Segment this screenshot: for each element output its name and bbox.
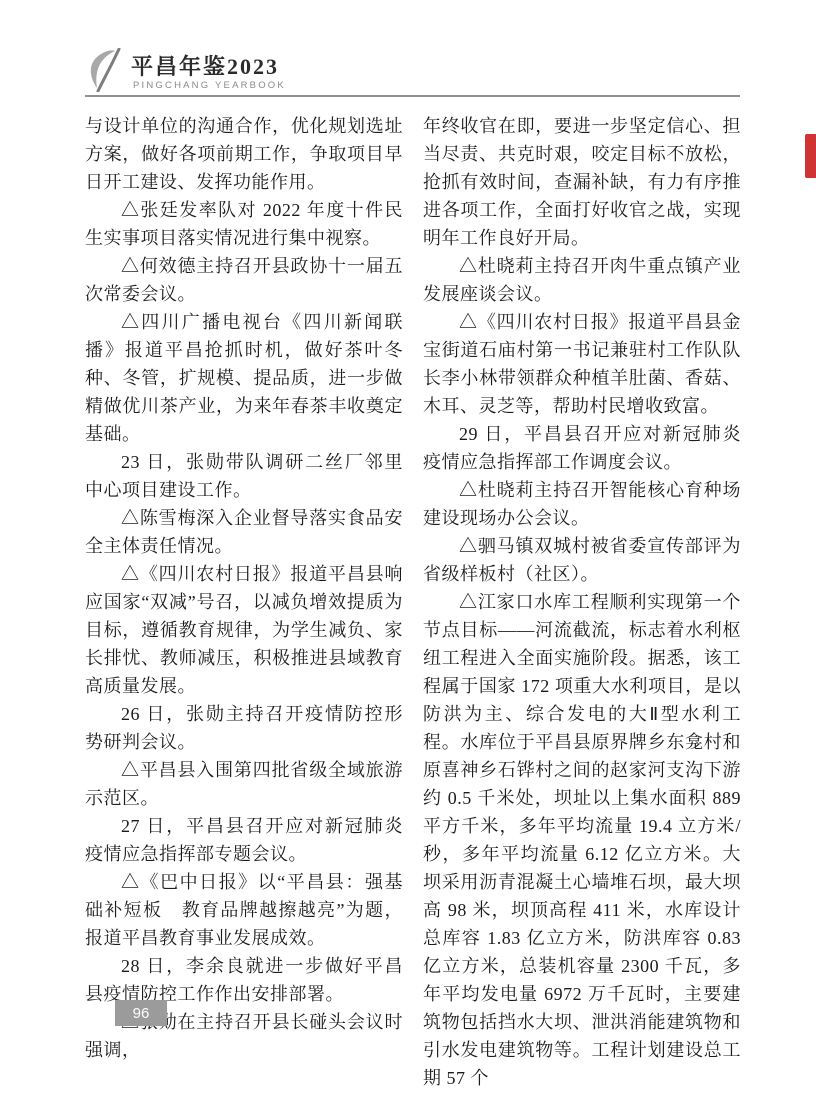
page-header: 平昌年鉴2023 PINGCHANG YEARBOOK [85,48,740,92]
left-column: 与设计单位的沟通合作，优化规划选址方案，做好各项前期工作，争取项目早日开工建设、… [85,112,403,1092]
paragraph: 26 日，张勋主持召开疫情防控形势研判会议。 [85,700,403,756]
paragraph: △《四川农村日报》报道平昌县金宝街道石庙村第一书记兼驻村工作队队长李小林带领群众… [423,308,741,420]
paragraph: 与设计单位的沟通合作，优化规划选址方案，做好各项前期工作，争取项目早日开工建设、… [85,112,403,196]
paragraph: △张廷发率队对 2022 年度十件民生实事项目落实情况进行集中视察。 [85,196,403,252]
yearbook-page: 平昌年鉴2023 PINGCHANG YEARBOOK 与设计单位的沟通合作，优… [0,0,816,1100]
paragraph: 27 日，平昌县召开应对新冠肺炎疫情应急指挥部专题会议。 [85,812,403,868]
paragraph: △驷马镇双城村被省委宣传部评为省级样板村（社区）。 [423,532,741,588]
yearbook-brand: 平昌年鉴2023 PINGCHANG YEARBOOK [85,48,740,92]
paragraph: △杜晓莉主持召开智能核心育种场建设现场办公会议。 [423,476,741,532]
swoosh-brush-icon [85,48,125,92]
page-body: 与设计单位的沟通合作，优化规划选址方案，做好各项前期工作，争取项目早日开工建设、… [85,112,741,1092]
brand-text: 平昌年鉴2023 PINGCHANG YEARBOOK [131,55,286,92]
paragraph: △陈雪梅深入企业督导落实食品安全主体责任情况。 [85,504,403,560]
yearbook-title: 平昌年鉴2023 [131,55,286,79]
chapter-side-tab [805,134,816,178]
page-number: 96 [133,1005,150,1022]
header-divider [85,95,740,97]
paragraph: △何效德主持召开县政协十一届五次常委会议。 [85,252,403,308]
paragraph: 年终收官在即，要进一步坚定信心、担当尽责、共克时艰，咬定目标不放松，抢抓有效时间… [423,112,741,252]
paragraph: 23 日，张勋带队调研二丝厂邻里中心项目建设工作。 [85,448,403,504]
paragraph: △《四川农村日报》报道平昌县响应国家“双减”号召，以减负增效提质为目标，遵循教育… [85,560,403,700]
page-number-badge: 96 [115,1000,167,1026]
paragraph: △四川广播电视台《四川新闻联播》报道平昌抢抓时机，做好茶叶冬种、冬管，扩规模、提… [85,308,403,448]
paragraph: △江家口水库工程顺利实现第一个节点目标——河流截流，标志着水利枢纽工程进入全面实… [423,588,741,1092]
paragraph: △《巴中日报》以“平昌县：强基础补短板 教育品牌越擦越亮”为题，报道平昌教育事业… [85,868,403,952]
paragraph: △杜晓莉主持召开肉牛重点镇产业发展座谈会议。 [423,252,741,308]
paragraph: 29 日，平昌县召开应对新冠肺炎疫情应急指挥部工作调度会议。 [423,420,741,476]
paragraph: △平昌县入围第四批省级全域旅游示范区。 [85,756,403,812]
right-column: 年终收官在即，要进一步坚定信心、担当尽责、共克时艰，咬定目标不放松，抢抓有效时间… [423,112,741,1092]
yearbook-subtitle: PINGCHANG YEARBOOK [133,79,286,92]
